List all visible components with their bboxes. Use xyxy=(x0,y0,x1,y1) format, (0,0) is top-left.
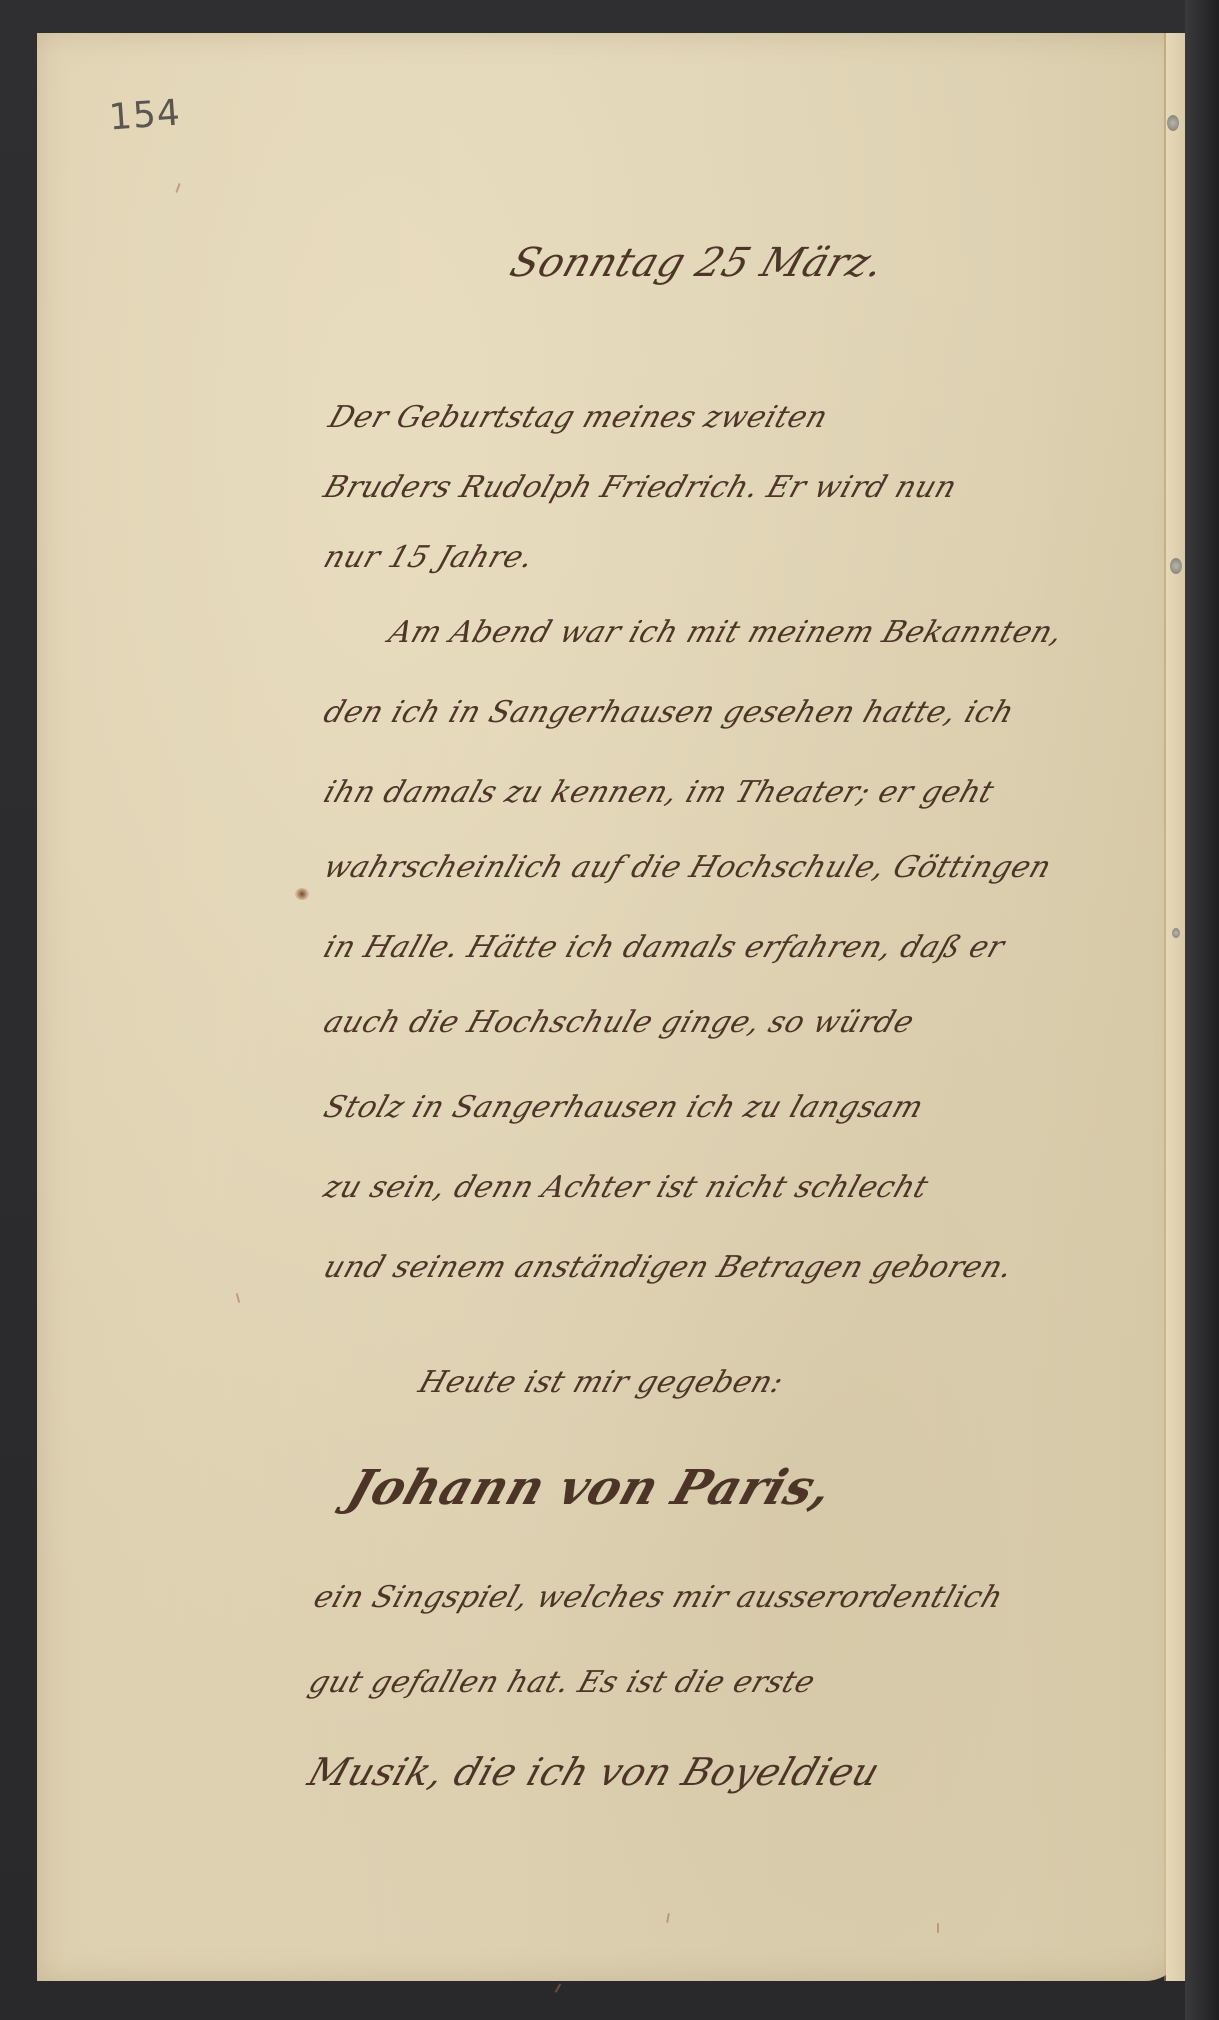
text-line: Musik, die ich von Boyeldieu xyxy=(303,1750,886,1794)
text-line: auch die Hochschule ginge, so würde xyxy=(319,1005,918,1040)
text-line: und seinem anständigen Betragen geboren. xyxy=(319,1250,1017,1285)
date-heading: Sonntag 25 März. xyxy=(505,240,891,286)
text-line: Heute ist mir gegeben: xyxy=(414,1365,788,1400)
text-line: ein Singspiel, welches mir ausserordentl… xyxy=(309,1580,1007,1615)
text-line: in Halle. Hätte ich damals erfahren, daß… xyxy=(319,930,1009,965)
binding-hole xyxy=(1172,928,1180,938)
text-line: den ich in Sangerhausen gesehen hatte, i… xyxy=(319,695,1018,730)
text-line: Am Abend war ich mit meinem Bekannten, xyxy=(384,615,1067,650)
adjacent-leaf-edge xyxy=(1166,33,1185,1981)
paper-fiber xyxy=(175,183,180,193)
text-line: gut gefallen hat. Es ist die erste xyxy=(304,1665,819,1700)
text-line: ihn damals zu kennen, im Theater; er geh… xyxy=(319,775,998,810)
binding-hole xyxy=(1170,558,1182,574)
binding-gap xyxy=(1185,0,1219,2020)
text-line: nur 15 Jahre. xyxy=(319,540,538,575)
text-line: Stolz in Sangerhausen ich zu langsam xyxy=(319,1090,928,1125)
folio-number: 154 xyxy=(108,93,182,139)
text-line: Bruders Rudolph Friedrich. Er wird nun xyxy=(319,470,961,505)
paper-fiber xyxy=(666,1913,670,1923)
text-line: Der Geburtstag meines zweiten xyxy=(324,400,832,435)
text-line: wahrscheinlich auf die Hochschule, Götti… xyxy=(319,850,1056,885)
opera-title: Johann von Paris, xyxy=(341,1460,840,1516)
binding-hole xyxy=(1167,115,1179,131)
ink-stain xyxy=(295,888,309,900)
paper-fiber xyxy=(937,1923,939,1933)
paper-fiber xyxy=(236,1293,241,1303)
page-fold-line xyxy=(1164,33,1166,1981)
text-line: zu sein, denn Achter ist nicht schlecht xyxy=(319,1170,933,1205)
